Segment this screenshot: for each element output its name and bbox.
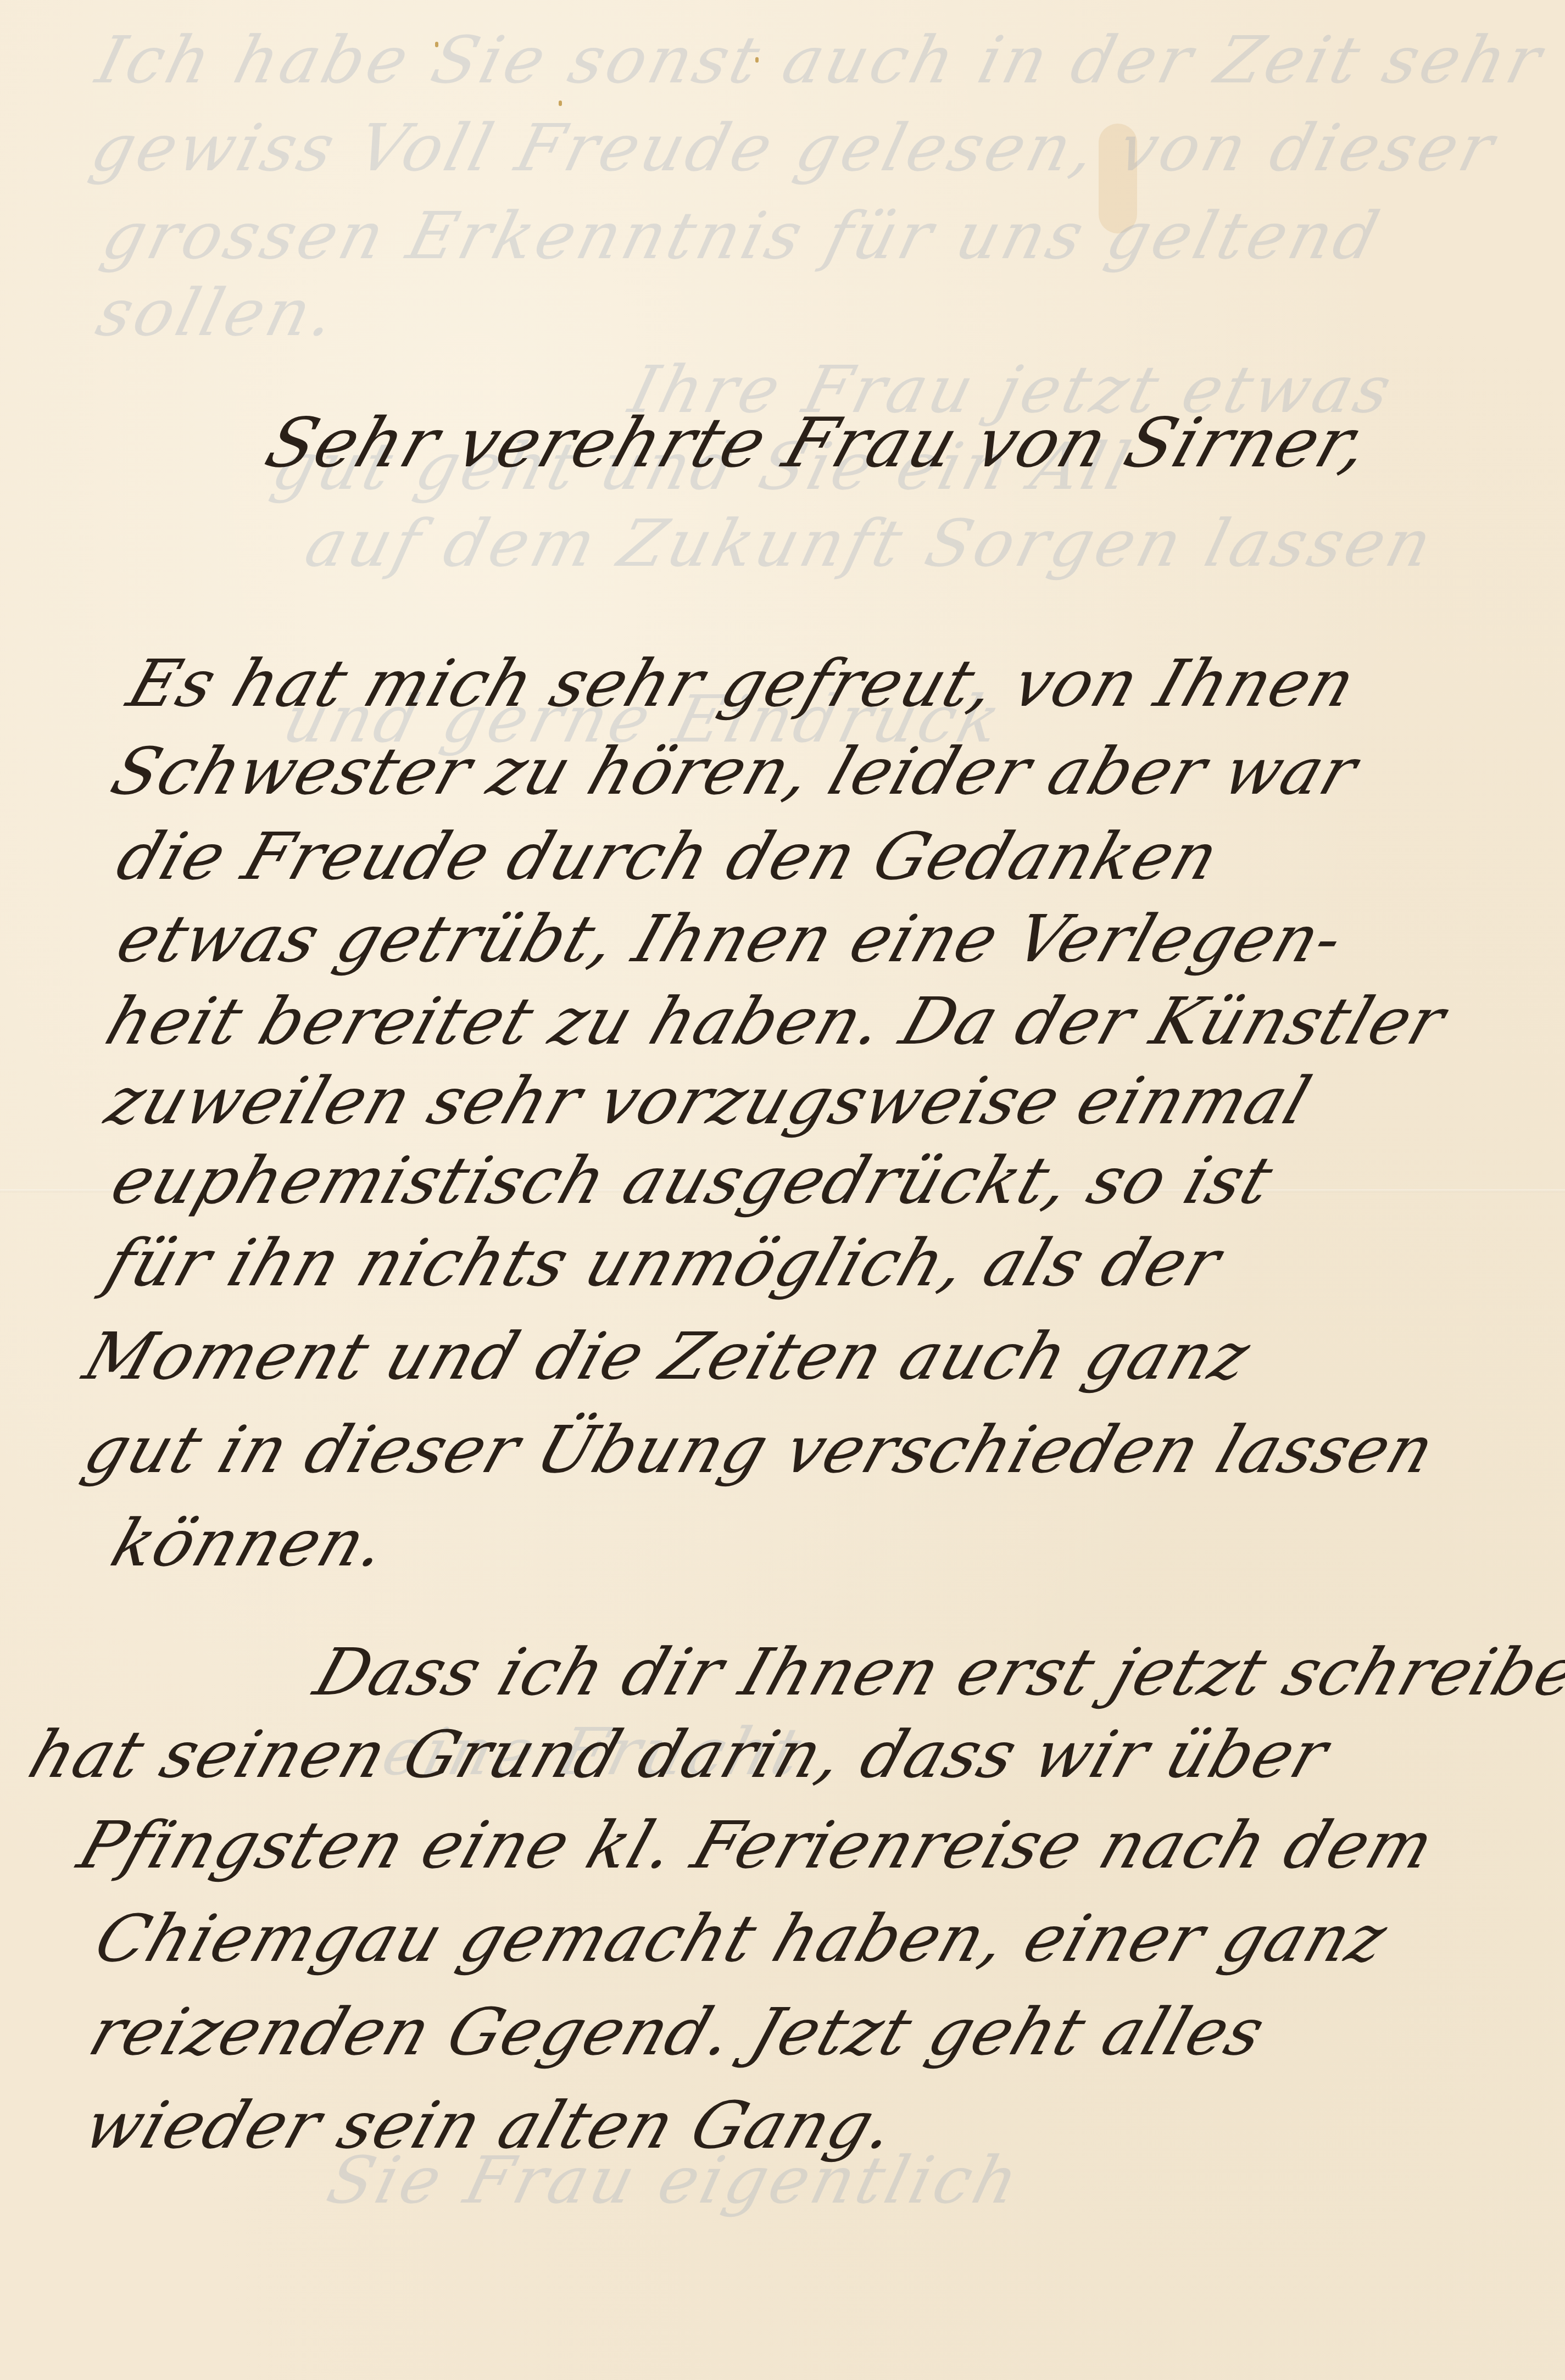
reverse-show-through-line: auf dem Zukunft Sorgen lassen (298, 505, 1443, 581)
letter-line: zuweilen sehr vorzugsweise einmal (99, 1068, 1319, 1133)
reverse-show-through-line: gewiss Voll Freude gelesen, von dieser (84, 110, 1505, 186)
letter-line: die Freude durch den Gedanken (110, 824, 1227, 889)
reverse-show-through-line: grossen Erkenntnis für uns geltend (95, 198, 1389, 274)
letter-line: etwas getrübt, Ihnen eine Verlegen- (110, 906, 1351, 971)
letter-line: Es hat mich sehr gefreut, von Ihnen (121, 651, 1364, 716)
letter-line: wieder sein alten Gang. (77, 2093, 904, 2158)
letter-line: euphemistisch ausgedrückt, so ist (104, 1148, 1281, 1213)
letter-line: Moment und die Zeiten auch ganz (77, 1324, 1258, 1389)
letter-line: Chiemgau gemacht haben, einer ganz (88, 1906, 1395, 1971)
letter-line: Pfingsten eine kl. Ferienreise nach dem (71, 1813, 1442, 1877)
reverse-show-through-line: Ich habe Sie sonst auch in der Zeit sehr (90, 22, 1552, 98)
letter-line: für ihn nichts unmöglich, als der (99, 1230, 1229, 1295)
letter-line: gut in dieser Übung verschieden lassen (77, 1417, 1443, 1482)
letter-line: hat seinen Grund darin, dass wir über (22, 1722, 1336, 1787)
letter-line: Schwester zu hören, leider aber war (104, 739, 1366, 804)
reverse-show-through-line: sollen. (90, 275, 346, 350)
letter-line: Dass ich dir Ihnen erst jetzt schreibe (308, 1640, 1565, 1704)
letter-line: können. (104, 1511, 396, 1575)
letter-salutation: Sehr verehrte Frau von Sirner, (258, 409, 1379, 477)
letter-line: reizenden Gegend. Jetzt geht alles (82, 1999, 1273, 2064)
paper-speck (559, 101, 562, 106)
letter-line: heit bereitet zu haben. Da der Künstler (99, 989, 1453, 1054)
